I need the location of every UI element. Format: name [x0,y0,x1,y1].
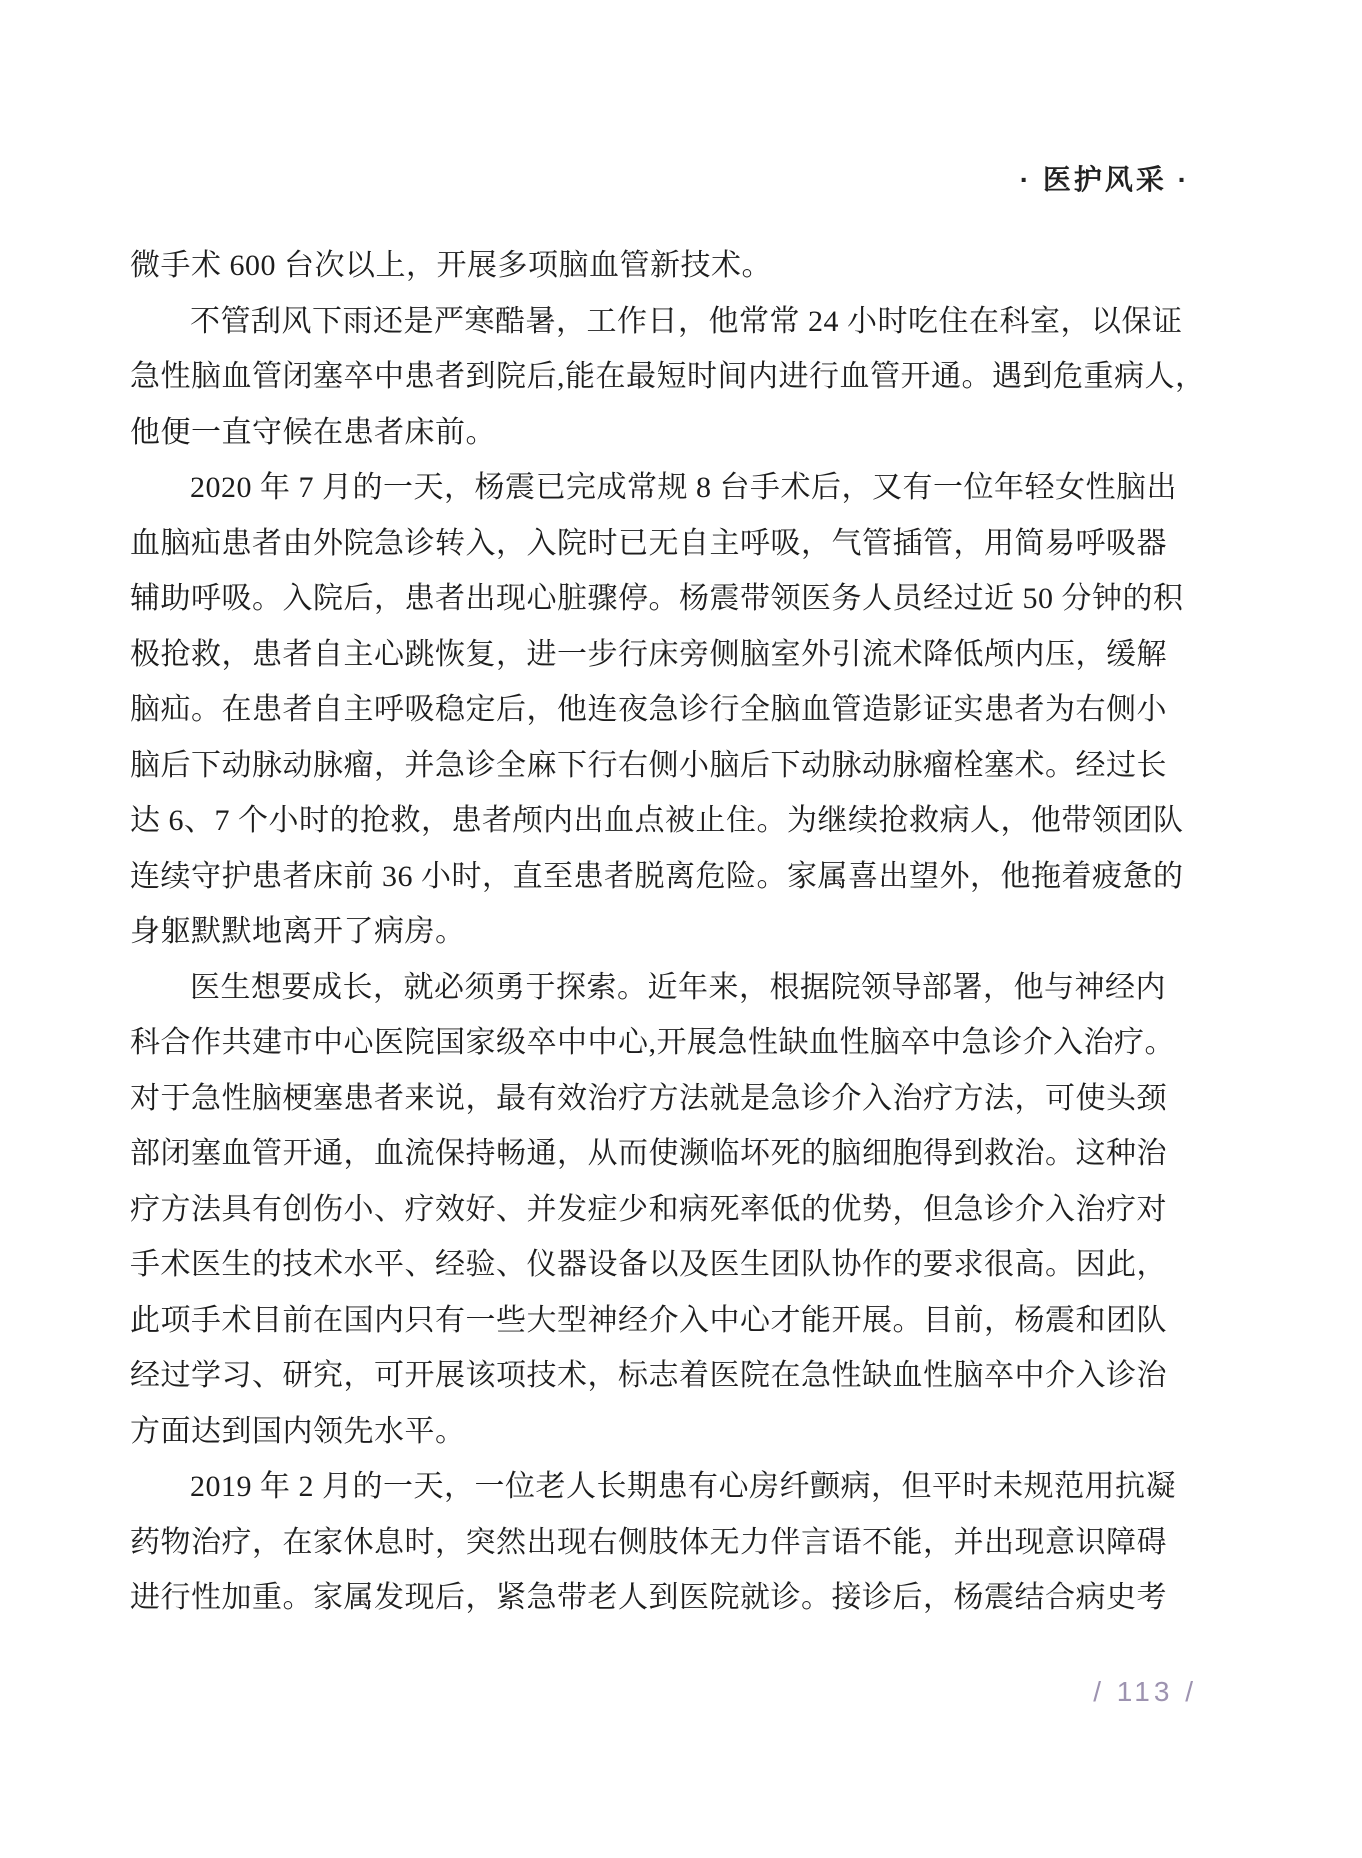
body-line: 手术医生的技术水平、经验、仪器设备以及医生团队协作的要求很高。因此， [130,1237,1200,1293]
body-line: 药物治疗，在家休息时，突然出现右侧肢体无力伴言语不能，并出现意识障碍 [130,1515,1200,1571]
body-line: 进行性加重。家属发现后，紧急带老人到医院就诊。接诊后，杨震结合病史考 [130,1570,1200,1626]
page-number: / 113 / [1093,1676,1197,1708]
body-line: 血脑疝患者由外院急诊转入，入院时已无自主呼吸，气管插管，用简易呼吸器 [130,516,1200,572]
body-line: 对于急性脑梗塞患者来说，最有效治疗方法就是急诊介入治疗方法，可使头颈 [130,1071,1200,1127]
body-line: 身躯默默地离开了病房。 [130,904,1200,960]
body-text: 微手术 600 台次以上，开展多项脑血管新技术。 不管刮风下雨还是严寒酷暑，工作… [130,238,1200,1626]
body-line: 他便一直守候在患者床前。 [130,405,1200,461]
body-line: 极抢救，患者自主心跳恢复，进一步行床旁侧脑室外引流术降低颅内压，缓解 [130,627,1200,683]
body-line: 达 6、7 个小时的抢救，患者颅内出血点被止住。为继续抢救病人，他带领团队 [130,793,1200,849]
body-line: 2019 年 2 月的一天，一位老人长期患有心房纤颤病，但平时未规范用抗凝 [130,1459,1200,1515]
document-page: · 医护风采 · 微手术 600 台次以上，开展多项脑血管新技术。 不管刮风下雨… [0,0,1362,1858]
body-line: 脑后下动脉动脉瘤，并急诊全麻下行右侧小脑后下动脉动脉瘤栓塞术。经过长 [130,738,1200,794]
body-line: 部闭塞血管开通，血流保持畅通，从而使濒临坏死的脑细胞得到救治。这种治 [130,1126,1200,1182]
body-line: 医生想要成长，就必须勇于探索。近年来，根据院领导部署，他与神经内 [130,960,1200,1016]
body-line: 微手术 600 台次以上，开展多项脑血管新技术。 [130,238,1200,294]
body-line: 连续守护患者床前 36 小时，直至患者脱离危险。家属喜出望外，他拖着疲惫的 [130,849,1200,905]
body-line: 不管刮风下雨还是严寒酷暑，工作日，他常常 24 小时吃住在科室，以保证 [130,294,1200,350]
body-line: 疗方法具有创伤小、疗效好、并发症少和病死率低的优势，但急诊介入治疗对 [130,1182,1200,1238]
body-line: 方面达到国内领先水平。 [130,1404,1200,1460]
body-line: 科合作共建市中心医院国家级卒中中心,开展急性缺血性脑卒中急诊介入治疗。 [130,1015,1200,1071]
body-line: 此项手术目前在国内只有一些大型神经介入中心才能开展。目前，杨震和团队 [130,1293,1200,1349]
body-line: 2020 年 7 月的一天，杨震已完成常规 8 台手术后，又有一位年轻女性脑出 [130,460,1200,516]
body-line: 经过学习、研究，可开展该项技术，标志着医院在急性缺血性脑卒中介入诊治 [130,1348,1200,1404]
body-line: 急性脑血管闭塞卒中患者到院后,能在最短时间内进行血管开通。遇到危重病人， [130,349,1200,405]
body-line: 辅助呼吸。入院后，患者出现心脏骤停。杨震带领医务人员经过近 50 分钟的积 [130,571,1200,627]
section-header-label: · 医护风采 · [1020,158,1190,198]
body-line: 脑疝。在患者自主呼吸稳定后，他连夜急诊行全脑血管造影证实患者为右侧小 [130,682,1200,738]
